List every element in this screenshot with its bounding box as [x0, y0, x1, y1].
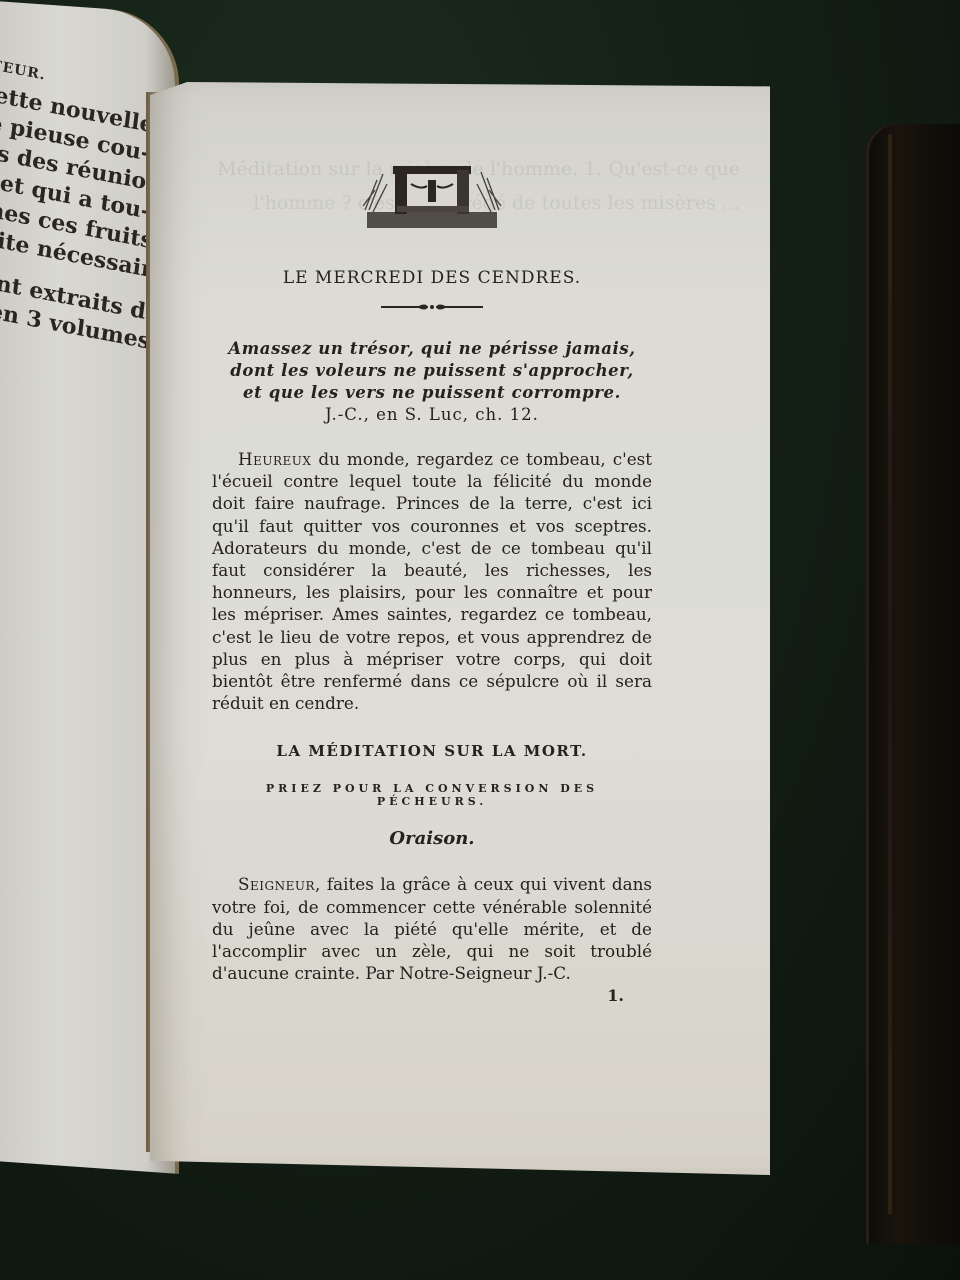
section-subheading: PRIEZ POUR LA CONVERSION DES PÉCHEURS.	[212, 782, 652, 808]
page-title: LE MERCREDI DES CENDRES.	[212, 268, 652, 288]
epigraph-citation: J.-C., en S. Luc, ch. 12.	[212, 404, 652, 426]
epigraph-line: Amassez un trésor, qui ne périsse jamais…	[212, 338, 652, 360]
left-page-text: TEUR. cette nouvelle e pieuse cou- ns de…	[0, 70, 150, 357]
body-paragraph-meditation: Heureux du monde, regardez ce tombeau, c…	[212, 448, 652, 714]
body-paragraph-prayer: Seigneur, faites la grâce à ceux qui viv…	[212, 873, 652, 984]
ornamental-rule-icon	[379, 302, 485, 312]
adjacent-book-spine	[866, 124, 960, 1244]
epigraph-line: dont les voleurs ne puissent s'approcher…	[212, 360, 652, 382]
book-spine-edge	[888, 134, 892, 1214]
epigraph-line: et que les vers ne puissent corrompre.	[212, 382, 652, 404]
signature-mark: 1.	[212, 986, 652, 1005]
tomb-engraving-icon	[357, 160, 507, 232]
paragraph-lead-word: Heureux	[238, 449, 311, 469]
photo-scene: TEUR. cette nouvelle e pieuse cou- ns de…	[0, 0, 960, 1280]
section-heading: LA MÉDITATION SUR LA MORT.	[212, 742, 652, 760]
prayer-title: Oraison.	[212, 828, 652, 849]
paragraph-text: du monde, regardez ce tombeau, c'est l'é…	[212, 449, 652, 713]
epigraph: Amassez un trésor, qui ne périsse jamais…	[212, 338, 652, 426]
right-page-content: LE MERCREDI DES CENDRES. Amassez un trés…	[212, 160, 652, 1005]
paragraph-lead-word: Seigneur	[238, 874, 315, 894]
